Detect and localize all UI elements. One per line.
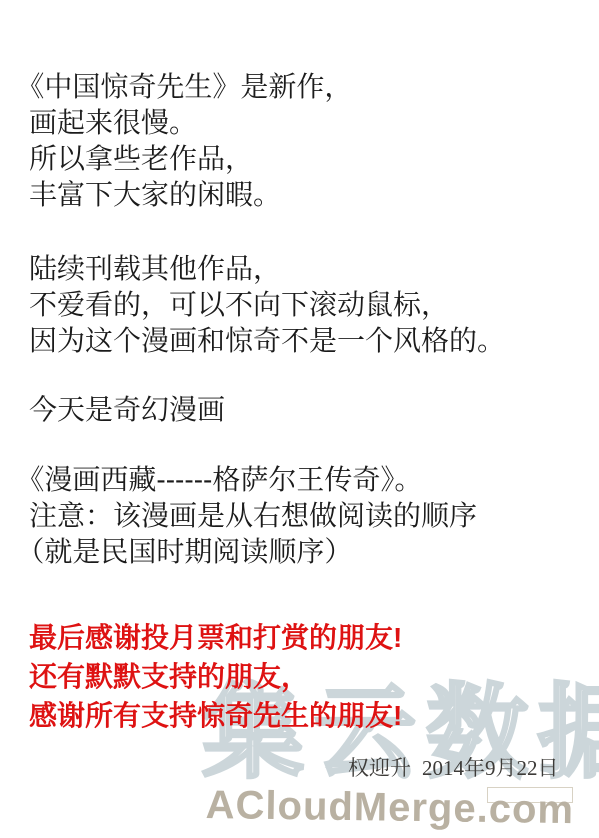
signature-line: 权迎升2014年9月22日: [348, 752, 559, 782]
watermark-site-text: ACloudMerge.com: [205, 783, 574, 833]
signature-author: 权迎升: [348, 756, 411, 780]
text-line: 最后感谢投月票和打赏的朋友!: [29, 618, 402, 657]
text-line: （就是民国时期阅读顺序）: [16, 534, 477, 570]
text-line: 还有默默支持的朋友，: [29, 657, 402, 696]
text-line: 《漫画西藏------格萨尔王传奇》。: [16, 462, 477, 498]
text-line: 不爱看的，可以不向下滚动鼠标，: [29, 287, 505, 323]
paragraph-thanks: 最后感谢投月票和打赏的朋友! 还有默默支持的朋友， 感谢所有支持惊奇先生的朋友!: [29, 618, 402, 735]
text-line: 所以拿些老作品，: [29, 141, 352, 177]
paragraph-intro: 《中国惊奇先生》是新作， 画起来很慢。 所以拿些老作品， 丰富下大家的闲暇。: [29, 69, 352, 213]
text-line: 《中国惊奇先生》是新作，: [16, 69, 352, 105]
text-line: 画起来很慢。: [29, 105, 352, 141]
text-line: 陆续刊载其他作品，: [29, 251, 505, 287]
comic-afterword-page: 集云数据 ACloudMerge.com 《中国惊奇先生》是新作， 画起来很慢。…: [0, 0, 599, 838]
text-line: 感谢所有支持惊奇先生的朋友!: [29, 696, 402, 735]
paragraph-today: 今天是奇幻漫画: [29, 392, 225, 428]
text-line: 注意：该漫画是从右想做阅读的顺序: [29, 498, 477, 534]
paragraph-tibet-title: 《漫画西藏------格萨尔王传奇》。 注意：该漫画是从右想做阅读的顺序 （就是…: [29, 462, 477, 570]
text-line: 今天是奇幻漫画: [29, 392, 225, 428]
signature-date: 2014年9月22日: [422, 756, 559, 780]
paragraph-other-works: 陆续刊载其他作品， 不爱看的，可以不向下滚动鼠标， 因为这个漫画和惊奇不是一个风…: [29, 251, 505, 359]
text-line: 丰富下大家的闲暇。: [29, 177, 352, 213]
text-line: 因为这个漫画和惊奇不是一个风格的。: [29, 323, 505, 359]
